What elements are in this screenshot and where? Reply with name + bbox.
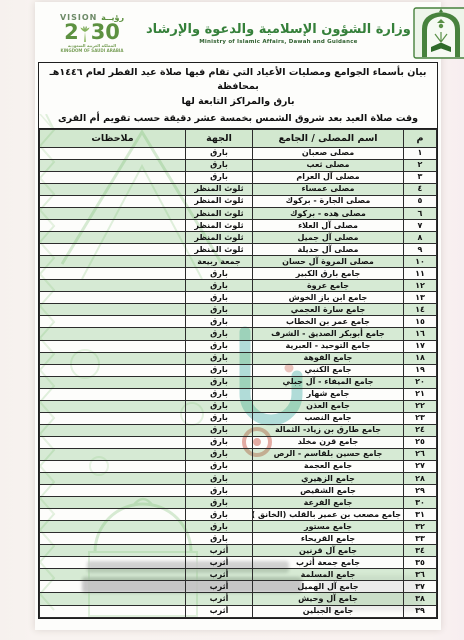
table-row: ٢١ جامع شهار بارق bbox=[40, 388, 437, 400]
notes-cell bbox=[40, 436, 186, 448]
notes-cell bbox=[40, 460, 186, 472]
notes-cell bbox=[40, 268, 186, 280]
notes-cell bbox=[40, 521, 186, 533]
notes-cell bbox=[40, 171, 186, 183]
mosque-name: جامع النصب bbox=[253, 412, 404, 424]
mosque-name: مصلى المروة آل حسان bbox=[253, 256, 404, 268]
mosque-name: جامع مستور bbox=[253, 521, 404, 533]
table-row: ٢٥ جامع قرن مخلد بارق bbox=[40, 436, 437, 448]
vision-2030-logo: VISION رؤيــة 2 30 المملكة العربية السعو… bbox=[40, 14, 144, 53]
table-body: ١ مصلى صعبان بارق ٢ مصلى ثعب بارق ٣ مصلى… bbox=[40, 147, 437, 617]
row-number: ٣٣ bbox=[404, 533, 437, 545]
row-number: ٣٥ bbox=[404, 557, 437, 569]
row-number: ٣٧ bbox=[404, 581, 437, 593]
prayer-time-note: وقت صلاة العيد بعد شروق الشمس بخمسة عشر … bbox=[43, 113, 433, 124]
row-number: ١١ bbox=[404, 268, 437, 280]
district-name: جمعة ربيعة bbox=[186, 256, 253, 268]
row-number: ٥ bbox=[404, 195, 437, 207]
notes-cell bbox=[40, 364, 186, 376]
notes-cell bbox=[40, 352, 186, 364]
row-number: ٢٥ bbox=[404, 436, 437, 448]
notes-cell bbox=[40, 328, 186, 340]
table-row: ٢٩ جامع الشقيص بارق bbox=[40, 485, 437, 497]
table-row: ٣٢ جامع مستور بارق bbox=[40, 521, 437, 533]
district-name: بارق bbox=[186, 376, 253, 388]
mosque-name: جامع قرن مخلد bbox=[253, 436, 404, 448]
district-name: ثلوث المنظر bbox=[186, 244, 253, 256]
notes-cell bbox=[40, 220, 186, 232]
mosque-name: جامع سارة العجمي bbox=[253, 304, 404, 316]
table-row: ٣٨ جامع آل وحيش أثرب bbox=[40, 593, 437, 605]
mosque-name: جامع التوحيد - العبرية bbox=[253, 340, 404, 352]
table-row: ٣١ جامع مصعب بن عمير بالقلب (الخانق ) با… bbox=[40, 509, 437, 521]
row-number: ١٣ bbox=[404, 292, 437, 304]
table-row: ٢٨ جامع الزهيري بارق bbox=[40, 473, 437, 485]
mosque-name: جامع عمر بن الخطاب bbox=[253, 316, 404, 328]
row-number: ١٠ bbox=[404, 256, 437, 268]
notes-cell bbox=[40, 232, 186, 244]
mosque-name: جامع حسين بلقاسم - الرص bbox=[253, 448, 404, 460]
notes-cell bbox=[40, 533, 186, 545]
district-name: أثرب bbox=[186, 605, 253, 617]
column-header-district: الجهة bbox=[186, 129, 253, 147]
row-number: ١٢ bbox=[404, 280, 437, 292]
district-name: بارق bbox=[186, 280, 253, 292]
row-number: ٩ bbox=[404, 244, 437, 256]
mosque-name: جامع العجمة bbox=[253, 460, 404, 472]
mosque-name: جامع الميفاء - آل جبلي bbox=[253, 376, 404, 388]
ministry-emblem-icon bbox=[413, 7, 464, 59]
vision-year-left: 2 bbox=[64, 22, 79, 43]
table-row: ٧ مصلى آل العلاء ثلوث المنظر bbox=[40, 220, 437, 232]
document-title-block: بيان بأسماء الجوامع ومصليات الأعياد التي… bbox=[39, 63, 437, 129]
row-number: ١٥ bbox=[404, 316, 437, 328]
table-row: ٢٠ جامع الميفاء - آل جبلي بارق bbox=[40, 376, 437, 388]
district-name: أثرب bbox=[186, 593, 253, 605]
district-name: بارق bbox=[186, 340, 253, 352]
mosque-name: جامع آل قرنين bbox=[253, 545, 404, 557]
row-number: ٣١ bbox=[404, 509, 437, 521]
row-number: ٧ bbox=[404, 220, 437, 232]
table-row: ٣٠ جامع الفرعة بارق bbox=[40, 497, 437, 509]
mosques-table: م اسم المصلى / الجامع الجهة ملاحظات ١ مص… bbox=[39, 129, 437, 618]
district-name: بارق bbox=[186, 352, 253, 364]
notes-cell bbox=[40, 545, 186, 557]
table-row: ٣٤ جامع آل قرنين أثرب bbox=[40, 545, 437, 557]
table-header-row: م اسم المصلى / الجامع الجهة ملاحظات bbox=[40, 129, 437, 147]
district-name: بارق bbox=[186, 364, 253, 376]
row-number: ٢٩ bbox=[404, 485, 437, 497]
district-name: بارق bbox=[186, 171, 253, 183]
notes-cell bbox=[40, 159, 186, 171]
vision-year-right: 30 bbox=[91, 22, 120, 43]
district-name: بارق bbox=[186, 147, 253, 159]
mosque-name: جامع آل وحيش bbox=[253, 593, 404, 605]
row-number: ١٨ bbox=[404, 352, 437, 364]
row-number: ١٦ bbox=[404, 328, 437, 340]
district-name: بارق bbox=[186, 460, 253, 472]
row-number: ٣٩ bbox=[404, 605, 437, 617]
mosque-name: جامع العذن bbox=[253, 400, 404, 412]
district-name: بارق bbox=[186, 533, 253, 545]
notes-cell bbox=[40, 400, 186, 412]
notes-cell bbox=[40, 473, 186, 485]
table-row: ١٠ مصلى المروة آل حسان جمعة ربيعة bbox=[40, 256, 437, 268]
mosque-name: جامع أبوبكر الصديق - الشرف bbox=[253, 328, 404, 340]
notes-cell bbox=[40, 581, 186, 593]
district-name: بارق bbox=[186, 292, 253, 304]
mosque-name: جامع آل الهميل bbox=[253, 581, 404, 593]
district-name: بارق bbox=[186, 436, 253, 448]
table-row: ٣٩ جامع الجبلين أثرب bbox=[40, 605, 437, 617]
row-number: ١٩ bbox=[404, 364, 437, 376]
row-number: ٤ bbox=[404, 183, 437, 195]
mosque-name: مصلى آل جميل bbox=[253, 232, 404, 244]
mosque-name: جامع الشقيص bbox=[253, 485, 404, 497]
district-name: بارق bbox=[186, 328, 253, 340]
mosque-name: جامع الفرعة bbox=[253, 497, 404, 509]
district-name: بارق bbox=[186, 509, 253, 521]
district-name: بارق bbox=[186, 159, 253, 171]
notes-cell bbox=[40, 569, 186, 581]
row-number: ٢٦ bbox=[404, 448, 437, 460]
district-name: أثرب bbox=[186, 545, 253, 557]
notes-cell bbox=[40, 485, 186, 497]
ministry-titles: وزارة الشؤون الإسلامية والدعوة والإرشاد … bbox=[144, 22, 413, 45]
vision-kingdom-ar: المملكة العربية السعودية bbox=[40, 44, 144, 48]
document-body-frame: بيان بأسماء الجوامع ومصليات الأعياد التي… bbox=[38, 62, 438, 619]
notes-cell bbox=[40, 207, 186, 219]
row-number: ٢ bbox=[404, 159, 437, 171]
notes-cell bbox=[40, 316, 186, 328]
table-row: ١١ جامع بارق الكبير بارق bbox=[40, 268, 437, 280]
row-number: ١ bbox=[404, 147, 437, 159]
notes-cell bbox=[40, 424, 186, 436]
mosque-name: مصلى هده - بركوك bbox=[253, 207, 404, 219]
table-row: ١٥ جامع عمر بن الخطاب بارق bbox=[40, 316, 437, 328]
document-sheet: VISION رؤيــة 2 30 المملكة العربية السعو… bbox=[35, 2, 441, 630]
notes-cell bbox=[40, 280, 186, 292]
table-row: ٩ مصلى آل حديلة ثلوث المنظر bbox=[40, 244, 437, 256]
column-header-name: اسم المصلى / الجامع bbox=[253, 129, 404, 147]
table-row: ٢٦ جامع حسين بلقاسم - الرص بارق bbox=[40, 448, 437, 460]
row-number: ٢٣ bbox=[404, 412, 437, 424]
row-number: ٣٠ bbox=[404, 497, 437, 509]
row-number: ٣٢ bbox=[404, 521, 437, 533]
district-name: ثلوث المنظر bbox=[186, 220, 253, 232]
notes-cell bbox=[40, 304, 186, 316]
mosque-name: مصلى آل حديلة bbox=[253, 244, 404, 256]
mosque-name: مصلى آل العرام bbox=[253, 171, 404, 183]
row-number: ٢٤ bbox=[404, 424, 437, 436]
notes-cell bbox=[40, 388, 186, 400]
mosque-name: جامع الزهيري bbox=[253, 473, 404, 485]
table-row: ١ مصلى صعبان بارق bbox=[40, 147, 437, 159]
notes-cell bbox=[40, 244, 186, 256]
notes-cell bbox=[40, 183, 186, 195]
mosque-name: جامع شهار bbox=[253, 388, 404, 400]
district-name: ثلوث المنظر bbox=[186, 183, 253, 195]
photographed-document-page: { "header": { "vision_logo": { "word_en"… bbox=[0, 0, 464, 640]
mosque-name: جامع المسلمة bbox=[253, 569, 404, 581]
table-row: ٢ مصلى ثعب بارق bbox=[40, 159, 437, 171]
notes-cell bbox=[40, 256, 186, 268]
district-name: أثرب bbox=[186, 557, 253, 569]
district-name: ثلوث المنظر bbox=[186, 232, 253, 244]
table-row: ٨ مصلى آل جميل ثلوث المنظر bbox=[40, 232, 437, 244]
mosque-name: جامع القريحاء bbox=[253, 533, 404, 545]
row-number: ٣٤ bbox=[404, 545, 437, 557]
notes-cell bbox=[40, 147, 186, 159]
row-number: ٢١ bbox=[404, 388, 437, 400]
table-row: ٢٤ جامع طارق بن زياد- الثمالة بارق bbox=[40, 424, 437, 436]
row-number: ١٤ bbox=[404, 304, 437, 316]
notes-cell bbox=[40, 593, 186, 605]
row-number: ٦ bbox=[404, 207, 437, 219]
vision-kingdom-en: KINGDOM OF SAUDI ARABIA bbox=[40, 49, 144, 53]
mosque-name: مصلى ثعب bbox=[253, 159, 404, 171]
row-number: ٨ bbox=[404, 232, 437, 244]
district-name: بارق bbox=[186, 497, 253, 509]
row-number: ٢٢ bbox=[404, 400, 437, 412]
district-name: ثلوث المنظر bbox=[186, 207, 253, 219]
mosque-name: جامع الكنبي bbox=[253, 364, 404, 376]
mosque-name: جامع عروة bbox=[253, 280, 404, 292]
district-name: بارق bbox=[186, 268, 253, 280]
table-row: ٤ مصلى عمساء ثلوث المنظر bbox=[40, 183, 437, 195]
vision-year: 2 30 bbox=[40, 22, 144, 43]
row-number: ٣٦ bbox=[404, 569, 437, 581]
notes-cell bbox=[40, 605, 186, 617]
notes-cell bbox=[40, 557, 186, 569]
mosque-name: مصلى عمساء bbox=[253, 183, 404, 195]
table-row: ٣ مصلى آل العرام بارق bbox=[40, 171, 437, 183]
district-name: بارق bbox=[186, 448, 253, 460]
title-text-1: بيان بأسماء الجوامع ومصليات الأعياد التي… bbox=[50, 67, 427, 92]
table-row: ٦ مصلى هده - بركوك ثلوث المنظر bbox=[40, 207, 437, 219]
mosque-name: جامع بارق الكبير bbox=[253, 268, 404, 280]
district-name: بارق bbox=[186, 388, 253, 400]
title-text-2: بارق والمراكز التابعة لها bbox=[181, 96, 294, 107]
district-name: بارق bbox=[186, 424, 253, 436]
mosque-name: مصلى صعبان bbox=[253, 147, 404, 159]
table-row: ١٧ جامع التوحيد - العبرية بارق bbox=[40, 340, 437, 352]
district-name: بارق bbox=[186, 304, 253, 316]
row-number: ٢٨ bbox=[404, 473, 437, 485]
row-number: ٢٧ bbox=[404, 460, 437, 472]
row-number: ٣٨ bbox=[404, 593, 437, 605]
mosque-name: مصلى آل العلاء bbox=[253, 220, 404, 232]
table-row: ٣٦ جامع المسلمة أثرب bbox=[40, 569, 437, 581]
district-name: أثرب bbox=[186, 581, 253, 593]
ministry-name-arabic: وزارة الشؤون الإسلامية والدعوة والإرشاد bbox=[146, 22, 411, 37]
table-row: ١٩ جامع الكنبي بارق bbox=[40, 364, 437, 376]
row-number: ٣ bbox=[404, 171, 437, 183]
mosque-name: جامع مصعب بن عمير بالقلب (الخانق ) bbox=[253, 509, 404, 521]
table-row: ٢٢ جامع العذن بارق bbox=[40, 400, 437, 412]
district-name: بارق bbox=[186, 521, 253, 533]
mosque-name: جامع طارق بن زياد- الثمالة bbox=[253, 424, 404, 436]
mosque-name: مصلى الجارة - بركوك bbox=[253, 195, 404, 207]
table-row: ١٦ جامع أبوبكر الصديق - الشرف بارق bbox=[40, 328, 437, 340]
notes-cell bbox=[40, 509, 186, 521]
table-row: ١٤ جامع سارة العجمي بارق bbox=[40, 304, 437, 316]
ministry-name-english: Ministry of Islamic Affairs, Dawah and G… bbox=[146, 39, 411, 45]
table-row: ٥ مصلى الجارة - بركوك ثلوث المنظر bbox=[40, 195, 437, 207]
district-name: بارق bbox=[186, 316, 253, 328]
column-header-number: م bbox=[404, 129, 437, 147]
table-row: ١٨ جامع الفوهة بارق bbox=[40, 352, 437, 364]
mosque-name: جامع ابن باز الخوش bbox=[253, 292, 404, 304]
district-name: ثلوث المنظر bbox=[186, 195, 253, 207]
palm-icon bbox=[80, 26, 90, 43]
notes-cell bbox=[40, 195, 186, 207]
table-row: ٣٥ جامع جمعة أثرب أثرب bbox=[40, 557, 437, 569]
title-line-1: بيان بأسماء الجوامع ومصليات الأعياد التي… bbox=[43, 66, 433, 109]
district-name: بارق bbox=[186, 400, 253, 412]
notes-cell bbox=[40, 340, 186, 352]
column-header-notes: ملاحظات bbox=[40, 129, 186, 147]
table-row: ٣٣ جامع القريحاء بارق bbox=[40, 533, 437, 545]
mosque-name: جامع جمعة أثرب bbox=[253, 557, 404, 569]
notes-cell bbox=[40, 448, 186, 460]
table-row: ١٢ جامع عروة بارق bbox=[40, 280, 437, 292]
table-row: ٣٧ جامع آل الهميل أثرب bbox=[40, 581, 437, 593]
table-row: ٢٣ جامع النصب بارق bbox=[40, 412, 437, 424]
district-name: أثرب bbox=[186, 569, 253, 581]
mosque-name: جامع الجبلين bbox=[253, 605, 404, 617]
table-row: ١٣ جامع ابن باز الخوش بارق bbox=[40, 292, 437, 304]
letterhead: VISION رؤيــة 2 30 المملكة العربية السعو… bbox=[35, 2, 441, 62]
table-row: ٢٧ جامع العجمة بارق bbox=[40, 460, 437, 472]
row-number: ١٧ bbox=[404, 340, 437, 352]
mosque-name: جامع الفوهة bbox=[253, 352, 404, 364]
notes-cell bbox=[40, 376, 186, 388]
district-name: بارق bbox=[186, 412, 253, 424]
district-name: بارق bbox=[186, 485, 253, 497]
notes-cell bbox=[40, 292, 186, 304]
district-name: بارق bbox=[186, 473, 253, 485]
row-number: ٢٠ bbox=[404, 376, 437, 388]
notes-cell bbox=[40, 497, 186, 509]
notes-cell bbox=[40, 412, 186, 424]
